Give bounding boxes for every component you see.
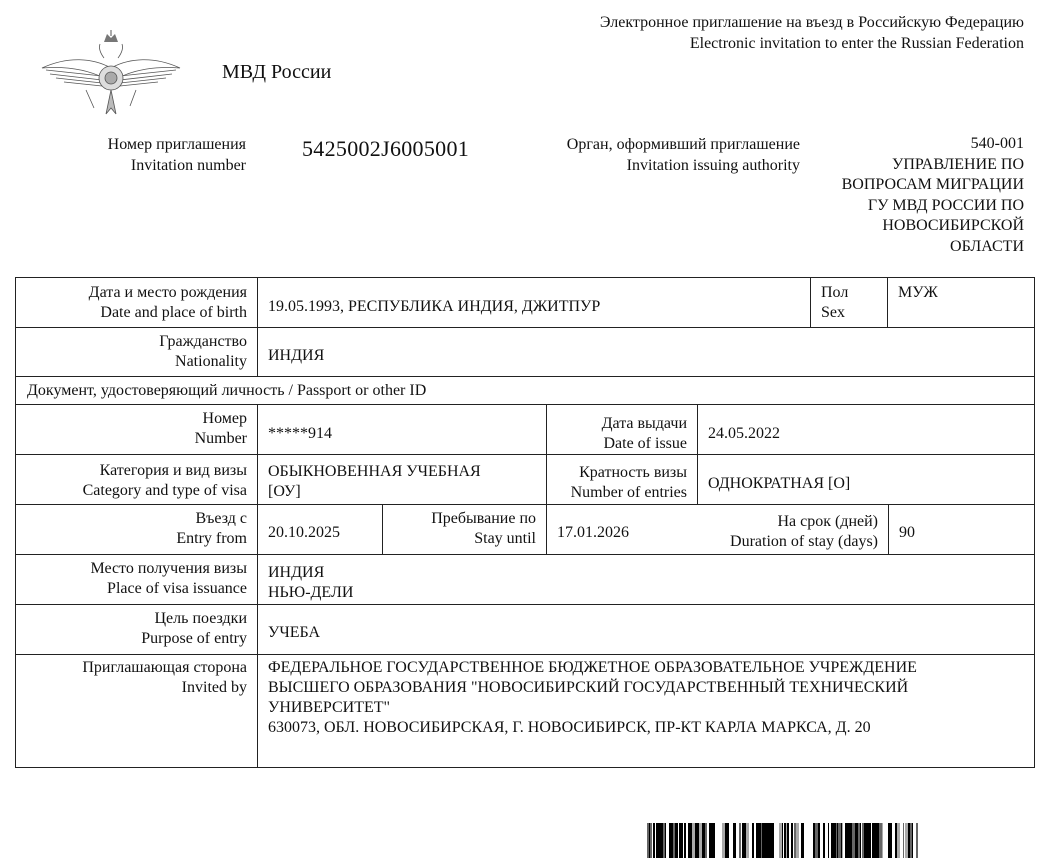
authority-line: УПРАВЛЕНИЕ ПО: [842, 155, 1024, 176]
label-ru: Дата и место рождения: [16, 283, 247, 303]
label-en: Place of visa issuance: [16, 579, 247, 599]
row-divider: [16, 554, 1034, 555]
label-en: Purpose of entry: [16, 629, 247, 649]
label-ru: Номер: [16, 409, 247, 429]
label-en: Number: [16, 429, 247, 449]
row-divider: [16, 504, 1034, 505]
label-ru: Въезд с: [16, 509, 247, 529]
label-en: Invited by: [16, 678, 247, 698]
issuing-authority-label: Орган, оформивший приглашение Invitation…: [567, 134, 800, 176]
label-en: Duration of stay (days): [696, 532, 878, 552]
document-title: Электронное приглашение на въезд в Росси…: [600, 12, 1024, 54]
purpose-label: Цель поездки Purpose of entry: [16, 609, 257, 649]
visa-category-label: Категория и вид визы Category and type o…: [16, 461, 257, 501]
passport-number-value: *****914: [257, 424, 546, 444]
value-line: ОБЫКНОВЕННАЯ УЧЕБНАЯ: [268, 462, 546, 482]
visa-category-value: ОБЫКНОВЕННАЯ УЧЕБНАЯ [ОУ]: [257, 462, 546, 502]
value-line: НЬЮ-ДЕЛИ: [268, 583, 1027, 603]
label-en: Stay until: [382, 529, 536, 549]
row-divider: [16, 376, 1034, 377]
passport-section-header: Документ, удостоверяющий личность / Pass…: [27, 381, 1017, 401]
value-line: ИНДИЯ: [268, 563, 1027, 583]
label-en: Invitation number: [108, 155, 246, 176]
row-divider: [16, 604, 1034, 605]
label-en: Date and place of birth: [16, 303, 247, 323]
purpose-value: УЧЕБА: [257, 623, 1027, 643]
label-ru: Гражданство: [16, 332, 247, 352]
sex-value: МУЖ: [898, 283, 1028, 303]
issuing-authority-value: 540-001 УПРАВЛЕНИЕ ПО ВОПРОСАМ МИГРАЦИИ …: [842, 134, 1024, 257]
column-divider: [810, 278, 811, 327]
invited-by-label: Приглашающая сторона Invited by: [16, 658, 257, 698]
label-ru: Место получения визы: [16, 559, 247, 579]
label-ru: Категория и вид визы: [16, 461, 247, 481]
label-en: Number of entries: [546, 483, 687, 503]
stay-until-label: Пребывание по Stay until: [382, 509, 546, 549]
row-divider: [16, 454, 1034, 455]
row-divider: [16, 327, 1034, 328]
authority-line: ВОПРОСАМ МИГРАЦИИ: [842, 175, 1024, 196]
label-ru: Цель поездки: [16, 609, 247, 629]
document-title-en: Electronic invitation to enter the Russi…: [600, 33, 1024, 54]
entries-value: ОДНОКРАТНАЯ [О]: [697, 474, 1027, 494]
value-line: ВЫСШЕГО ОБРАЗОВАНИЯ "НОВОСИБИРСКИЙ ГОСУД…: [268, 678, 1027, 698]
barcode-bar: [916, 823, 918, 858]
label-ru: Орган, оформивший приглашение: [567, 134, 800, 155]
issue-date-label: Дата выдачи Date of issue: [546, 414, 697, 454]
value-line: УНИВЕРСИТЕТ": [268, 698, 1027, 718]
invited-by-value: ФЕДЕРАЛЬНОЕ ГОСУДАРСТВЕННОЕ БЮДЖЕТНОЕ ОБ…: [257, 658, 1027, 738]
label-ru: Дата выдачи: [546, 414, 687, 434]
document-title-ru: Электронное приглашение на въезд в Росси…: [600, 12, 1024, 33]
authority-code: 540-001: [842, 134, 1024, 155]
row-divider: [16, 404, 1034, 405]
row-divider: [16, 654, 1034, 655]
invitation-number-label: Номер приглашения Invitation number: [108, 134, 246, 176]
entry-from-value: 20.10.2025: [257, 523, 382, 543]
visa-place-value: ИНДИЯ НЬЮ-ДЕЛИ: [257, 563, 1027, 603]
authority-line: ГУ МВД РОССИИ ПО: [842, 196, 1024, 217]
label-ru: Номер приглашения: [108, 134, 246, 155]
value-line: [ОУ]: [268, 482, 546, 502]
invitation-form-table: Дата и место рождения Date and place of …: [15, 277, 1035, 768]
label-en: Sex: [821, 303, 887, 323]
birth-label: Дата и место рождения Date and place of …: [16, 283, 257, 323]
value-line: ФЕДЕРАЛЬНОЕ ГОСУДАРСТВЕННОЕ БЮДЖЕТНОЕ ОБ…: [268, 658, 1027, 678]
entry-from-label: Въезд с Entry from: [16, 509, 257, 549]
column-divider: [887, 278, 888, 327]
label-en: Date of issue: [546, 434, 687, 454]
passport-number-label: Номер Number: [16, 409, 257, 449]
label-ru: На срок (дней): [696, 512, 878, 532]
invitation-number: 5425002J6005001: [302, 136, 469, 162]
label-ru: Пребывание по: [382, 509, 536, 529]
mvd-emblem-icon: [38, 28, 184, 120]
label-ru: Приглашающая сторона: [16, 658, 247, 678]
label-en: Nationality: [16, 352, 247, 372]
authority-line: НОВОСИБИРСКОЙ: [842, 216, 1024, 237]
nationality-label: Гражданство Nationality: [16, 332, 257, 372]
issue-date-value: 24.05.2022: [697, 424, 1027, 444]
sex-label: Пол Sex: [821, 283, 887, 323]
label-en: Category and type of visa: [16, 481, 247, 501]
nationality-value: ИНДИЯ: [257, 346, 1027, 366]
authority-line: ОБЛАСТИ: [842, 237, 1024, 258]
label-en: Invitation issuing authority: [567, 155, 800, 176]
entries-label: Кратность визы Number of entries: [546, 463, 697, 503]
label-ru: Кратность визы: [546, 463, 687, 483]
organization-name: МВД России: [222, 61, 331, 84]
duration-label: На срок (дней) Duration of stay (days): [696, 512, 888, 552]
value-line: 630073, ОБЛ. НОВОСИБИРСКАЯ, Г. НОВОСИБИР…: [268, 718, 1027, 738]
duration-value: 90: [888, 523, 1028, 543]
label-en: Entry from: [16, 529, 247, 549]
stay-until-value: 17.01.2026: [546, 523, 696, 543]
label-ru: Пол: [821, 283, 887, 303]
visa-place-label: Место получения визы Place of visa issua…: [16, 559, 257, 599]
birth-value: 19.05.1993, РЕСПУБЛИКА ИНДИЯ, ДЖИТПУР: [257, 297, 810, 317]
barcode-icon: [647, 823, 919, 858]
